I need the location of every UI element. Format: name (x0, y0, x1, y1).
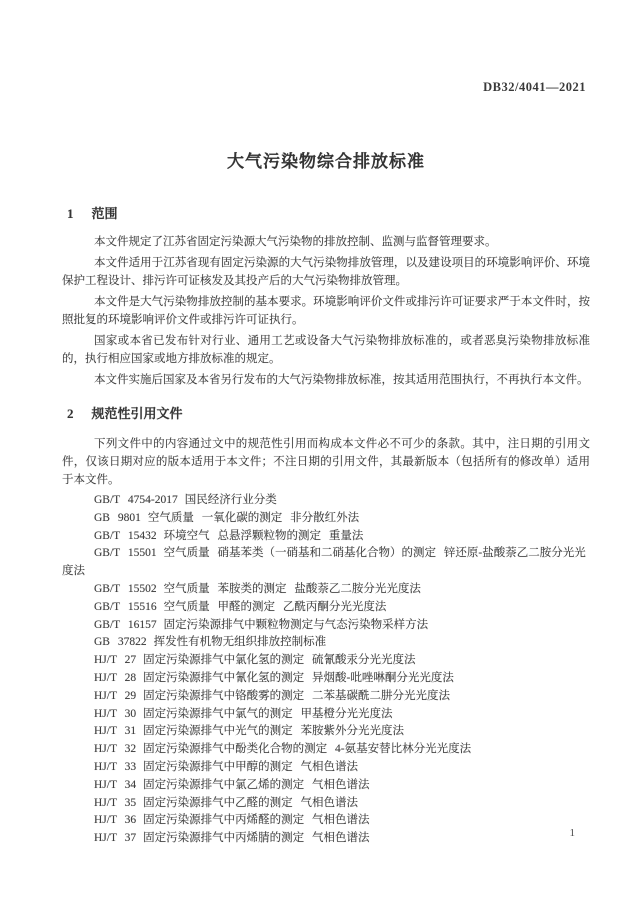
reference-item: GB/T 4754-2017国民经济行业分类 (62, 492, 590, 510)
reference-item: HJ/T 32固定污染源排气中酚类化合物的测定 4-氨基安替比林分光光度法 (62, 741, 590, 759)
reference-item: HJ/T 37固定污染源排气中丙烯腈的测定 气相色谱法 (62, 830, 590, 848)
reference-title: 国民经济行业分类 (185, 494, 277, 506)
reference-code: GB/T 15432 (94, 530, 157, 542)
section-references-number: 2 (67, 405, 74, 423)
reference-code: HJ/T 31 (94, 725, 136, 737)
reference-item: HJ/T 35固定污染源排气中乙醛的测定 气相色谱法 (62, 795, 590, 813)
reference-code: HJ/T 33 (94, 761, 136, 773)
reference-item: GB/T 15516空气质量 甲醛的测定 乙酰丙酮分光光度法 (62, 599, 590, 617)
reference-title: 固定污染源排气中甲醇的测定 气相色谱法 (143, 761, 358, 773)
reference-item: GB 9801空气质量 一氧化碳的测定 非分散红外法 (62, 510, 590, 528)
reference-code: GB 37822 (94, 636, 147, 648)
section-references-body: 下列文件中的内容通过文中的规范性引用而构成本文件必不可少的条款。其中，注日期的引… (62, 435, 590, 489)
section-scope-label: 范围 (92, 206, 118, 221)
scope-paragraph: 本文件适用于江苏省现有固定污染源的大气污染物排放管理，以及建设项目的环境影响评价… (62, 254, 590, 290)
reference-code: HJ/T 36 (94, 814, 136, 826)
section-scope-heading: 1范围 (62, 205, 590, 223)
reference-title: 固定污染源排气中光气的测定 苯胺紫外分光光度法 (143, 725, 404, 737)
reference-title: 环境空气 总悬浮颗粒物的测定 重量法 (164, 530, 364, 542)
reference-code: GB/T 15502 (94, 583, 157, 595)
reference-item: GB/T 15432环境空气 总悬浮颗粒物的测定 重量法 (62, 528, 590, 546)
reference-title: 空气质量 苯胺类的测定 盐酸萘乙二胺分光光度法 (164, 583, 421, 595)
reference-title: 固定污染源排气中酚类化合物的测定 4-氨基安替比林分光光度法 (143, 743, 471, 755)
scope-paragraph: 国家或本省已发布针对行业、通用工艺或设备大气污染物排放标准的，或者恶臭污染物排放… (62, 332, 590, 368)
reference-code: HJ/T 28 (94, 672, 136, 684)
scope-paragraph: 本文件规定了江苏省固定污染源大气污染物的排放控制、监测与监督管理要求。 (62, 233, 590, 251)
reference-item: HJ/T 31固定污染源排气中光气的测定 苯胺紫外分光光度法 (62, 723, 590, 741)
reference-code: HJ/T 37 (94, 832, 136, 844)
reference-code: GB/T 15516 (94, 601, 157, 613)
reference-title: 固定污染源排气中乙醛的测定 气相色谱法 (143, 797, 358, 809)
reference-code: HJ/T 35 (94, 797, 136, 809)
reference-code: GB 9801 (94, 512, 141, 524)
reference-item: GB 37822挥发性有机物无组织排放控制标准 (62, 634, 590, 652)
reference-title: 固定污染源排气中丙烯腈的测定 气相色谱法 (143, 832, 369, 844)
reference-code: HJ/T 29 (94, 690, 136, 702)
reference-title: 挥发性有机物无组织排放控制标准 (154, 636, 327, 648)
reference-item: GB/T 16157固定污染源排气中颗粒物测定与气态污染物采样方法 (62, 617, 590, 635)
reference-title: 固定污染源排气中氯化氢的测定 硫氰酸汞分光光度法 (143, 654, 415, 666)
section-references-label: 规范性引用文件 (92, 406, 183, 421)
page-title: 大气污染物综合排放标准 (62, 152, 590, 172)
scope-paragraph: 本文件是大气污染物排放控制的基本要求。环境影响评价文件或排污许可证要求严于本文件… (62, 293, 590, 329)
scope-paragraph: 本文件实施后国家及本省另行发布的大气污染物排放标准，按其适用范围执行，不再执行本… (62, 371, 590, 389)
section-scope-number: 1 (67, 205, 74, 223)
reference-list: GB/T 4754-2017国民经济行业分类 GB 9801空气质量 一氧化碳的… (62, 492, 590, 848)
reference-title: 固定污染源排气中丙烯醛的测定 气相色谱法 (143, 814, 369, 826)
page-number: 1 (570, 827, 576, 839)
reference-title: 固定污染源排气中氯气的测定 甲基橙分光光度法 (143, 708, 392, 720)
reference-code: HJ/T 34 (94, 779, 136, 791)
reference-title: 空气质量 一氧化碳的测定 非分散红外法 (148, 512, 359, 524)
reference-item: HJ/T 30固定污染源排气中氯气的测定 甲基橙分光光度法 (62, 706, 590, 724)
reference-title: 空气质量 甲醛的测定 乙酰丙酮分光光度法 (164, 601, 387, 613)
reference-code: HJ/T 30 (94, 708, 136, 720)
reference-code: HJ/T 27 (94, 654, 136, 666)
section-references-heading: 2规范性引用文件 (62, 405, 590, 423)
reference-item: HJ/T 33固定污染源排气中甲醇的测定 气相色谱法 (62, 759, 590, 777)
reference-item: HJ/T 36固定污染源排气中丙烯醛的测定 气相色谱法 (62, 812, 590, 830)
reference-item: GB/T 15501空气质量 硝基苯类（一硝基和二硝基化合物）的测定 锌还原-盐… (62, 545, 590, 581)
reference-code: GB/T 4754-2017 (94, 494, 178, 506)
reference-title: 固定污染源排气中颗粒物测定与气态污染物采样方法 (164, 619, 429, 631)
references-intro: 下列文件中的内容通过文中的规范性引用而构成本文件必不可少的条款。其中，注日期的引… (62, 435, 590, 489)
reference-title: 固定污染源排气中氰化氢的测定 异烟酸-吡唑啉酮分光光度法 (143, 672, 454, 684)
page-content: 大气污染物综合排放标准 1范围 本文件规定了江苏省固定污染源大气污染物的排放控制… (62, 0, 590, 848)
reference-item: HJ/T 28固定污染源排气中氰化氢的测定 异烟酸-吡唑啉酮分光光度法 (62, 670, 590, 688)
reference-item: HJ/T 34固定污染源排气中氯乙烯的测定 气相色谱法 (62, 777, 590, 795)
reference-item: HJ/T 29固定污染源排气中铬酸雾的测定 二苯基碳酰二肼分光光度法 (62, 688, 590, 706)
reference-code: GB/T 16157 (94, 619, 157, 631)
reference-code: GB/T 15501 (94, 547, 157, 559)
reference-item: HJ/T 27固定污染源排气中氯化氢的测定 硫氰酸汞分光光度法 (62, 652, 590, 670)
reference-title: 固定污染源排气中氯乙烯的测定 气相色谱法 (143, 779, 369, 791)
reference-code: HJ/T 32 (94, 743, 136, 755)
section-scope-body: 本文件规定了江苏省固定污染源大气污染物的排放控制、监测与监督管理要求。 本文件适… (62, 233, 590, 389)
reference-title: 固定污染源排气中铬酸雾的测定 二苯基碳酰二肼分光光度法 (143, 690, 450, 702)
document-page: DB32/4041—2021 大气污染物综合排放标准 1范围 本文件规定了江苏省… (0, 0, 641, 906)
reference-item: GB/T 15502空气质量 苯胺类的测定 盐酸萘乙二胺分光光度法 (62, 581, 590, 599)
